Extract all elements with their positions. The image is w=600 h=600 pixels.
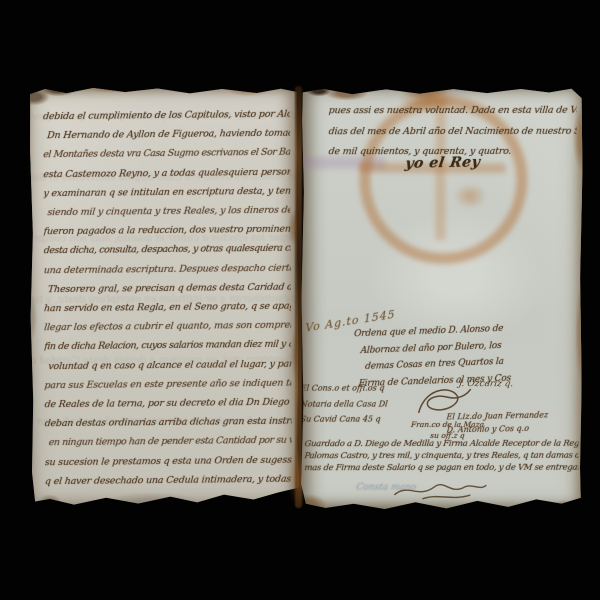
- handwritten-line: desta dicha, consulta, despachos, y otra…: [43, 239, 292, 261]
- handwritten-line: Palomas Castro, y tres mil, y cinquenta,…: [304, 451, 578, 463]
- handwritten-line: mas de Firma deste Salario q se pagan en…: [304, 462, 578, 474]
- office-note: El Cons.o et offi.os q Notaria della Cas…: [301, 381, 396, 428]
- bottom-rubric-flourish: [392, 479, 488, 503]
- handwritten-line: Thesorero gral, se precisan q demas dest…: [43, 278, 292, 300]
- handwritten-line: Notaria della Casa Dl: [301, 396, 396, 412]
- signature-right-block: El Liz.do Juan Fernandez D. Antonio y Co…: [446, 408, 576, 436]
- bottom-note: Guardado a D. Diego de Medilla y Firma A…: [304, 439, 578, 475]
- left-page-text-block: debida el cumplimiento de los Capitulos,…: [43, 105, 292, 493]
- handwritten-line: para sus Escuelas en este presente año s…: [43, 374, 292, 396]
- handwritten-line: El Cons.o et offi.os q: [301, 381, 396, 397]
- royal-signature: yo el Rey: [404, 154, 481, 172]
- handwritten-line: fin de dicha Relacion, cuyos salarios ma…: [43, 335, 292, 357]
- closing-formula: pues assi es nuestra voluntad. Dada en e…: [328, 101, 576, 163]
- handwritten-line: el Montañes desta vra Casa Sugmo escriva…: [43, 143, 291, 165]
- seal-right-stain-blob: [453, 183, 487, 209]
- handwritten-line: Guardado a D. Diego de Medilla y Firma A…: [304, 439, 578, 451]
- manuscript-photo: desta dicha, consulta, despachos, y otra…: [0, 0, 600, 600]
- right-page: pues assi es nuestra voluntad. Dada en e…: [300, 87, 582, 511]
- handwritten-line: su sucesion le prestamos q esta una Orde…: [44, 450, 292, 472]
- handwritten-line: D. Antonio y Cos q.o: [446, 421, 576, 436]
- handwritten-line: Su Cavid Cana 45 q: [301, 412, 396, 428]
- handwritten-line: una determinada escriptura. Despues desp…: [43, 258, 292, 280]
- handwritten-line: q el haver desechado una Cedula intimade…: [44, 470, 292, 492]
- handwritten-line: esta Castemozo Reyno, y a todas qualesqu…: [43, 162, 291, 184]
- handwritten-line: en ningun tiempo han de pender esta Cant…: [44, 431, 292, 453]
- center-fold: [295, 86, 302, 508]
- handwritten-line: y examinaran q se intitulan en escriptur…: [43, 181, 291, 203]
- handwritten-line: voluntad q en caso q alcance el caudal e…: [43, 354, 292, 376]
- left-page: desta dicha, consulta, despachos, y otra…: [29, 85, 299, 505]
- handwritten-line: dias del mes de Abril año del Nacimiento…: [328, 121, 576, 142]
- handwritten-line: pues assi es nuestra voluntad. Dada en e…: [328, 101, 576, 122]
